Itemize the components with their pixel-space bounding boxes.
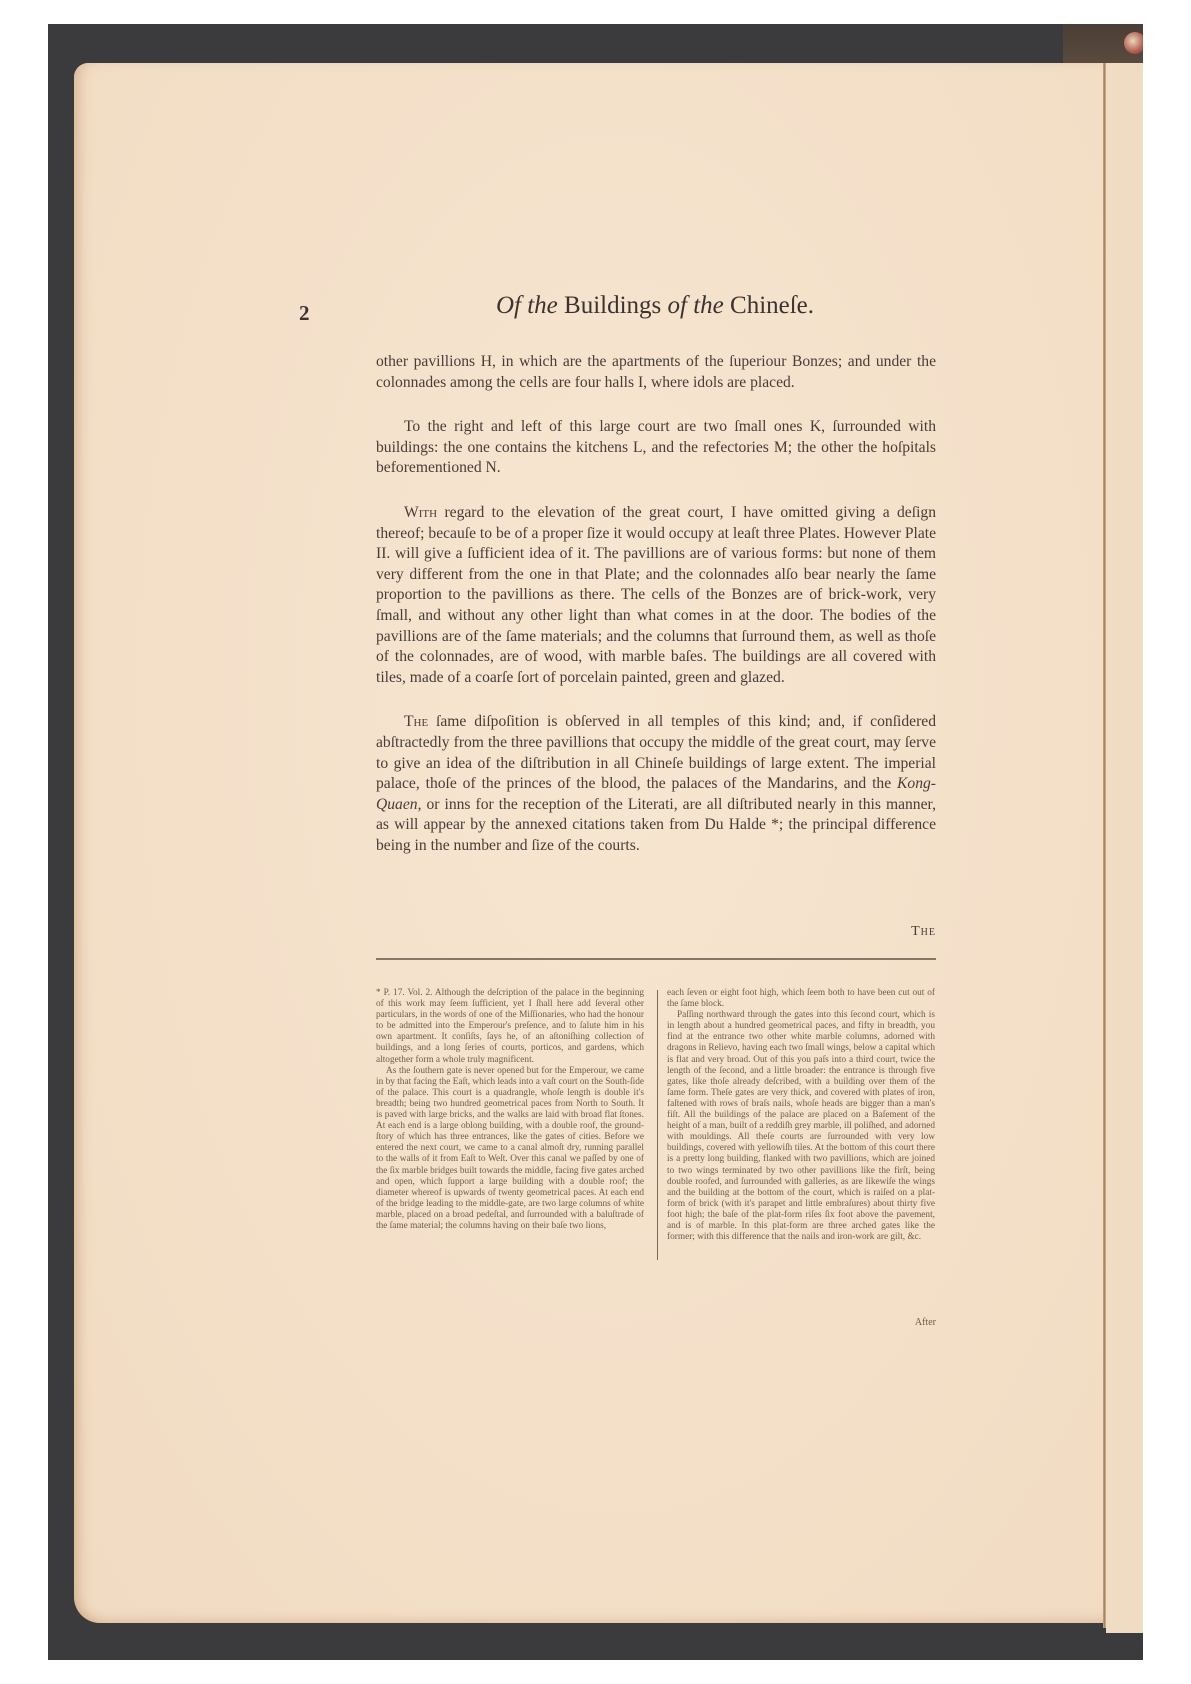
ribbon-bookmark <box>1063 24 1143 64</box>
paragraph-text: regard to the elevation of the great cou… <box>376 504 936 686</box>
running-head-text-1: Buildings <box>558 292 668 319</box>
paragraph-lead: With <box>404 504 437 521</box>
paragraph-lead: The <box>404 713 428 730</box>
paragraph-text: , or inns for the reception of the Liter… <box>376 796 936 854</box>
footnote-column-right: each ſeven or eight foot high, which ſee… <box>667 988 935 1243</box>
paragraph-4: The ſame diſpoſition is obſerved in all … <box>376 712 936 856</box>
body-text: other pavillions H, in which are the apa… <box>376 352 936 880</box>
catchword: The <box>880 924 936 940</box>
page-number: 2 <box>299 301 310 326</box>
paragraph-1: other pavillions H, in which are the apa… <box>376 352 936 393</box>
footnote-paragraph: Paſſing northward through the gates into… <box>667 1010 935 1243</box>
facing-page-edge <box>1106 63 1143 1633</box>
bookmark-knot-icon <box>1124 32 1143 54</box>
footnote-paragraph: each ſeven or eight foot high, which ſee… <box>667 988 935 1010</box>
footnote-paragraph: * P. 17. Vol. 2. Although the deſcriptio… <box>376 988 644 1066</box>
paragraph-3: With regard to the elevation of the grea… <box>376 503 936 688</box>
footnote-catchword: After <box>880 1317 936 1328</box>
running-head-italic-2: of the <box>668 292 724 319</box>
footnote-column-left: * P. 17. Vol. 2. Although the deſcriptio… <box>376 988 644 1232</box>
running-head-text-2: Chineſe. <box>724 292 814 319</box>
footnote-rule <box>376 958 936 960</box>
column-separator <box>657 990 658 1260</box>
paragraph-2: To the right and left of this large cour… <box>376 417 936 479</box>
running-head-italic-1: Of the <box>496 292 558 319</box>
footnote-paragraph: As the ſouthern gate is never opened but… <box>376 1066 644 1232</box>
running-head: Of the Buildings of the Chineſe. <box>360 292 950 320</box>
paragraph-text: ſame diſpoſition is obſerved in all temp… <box>376 713 936 792</box>
